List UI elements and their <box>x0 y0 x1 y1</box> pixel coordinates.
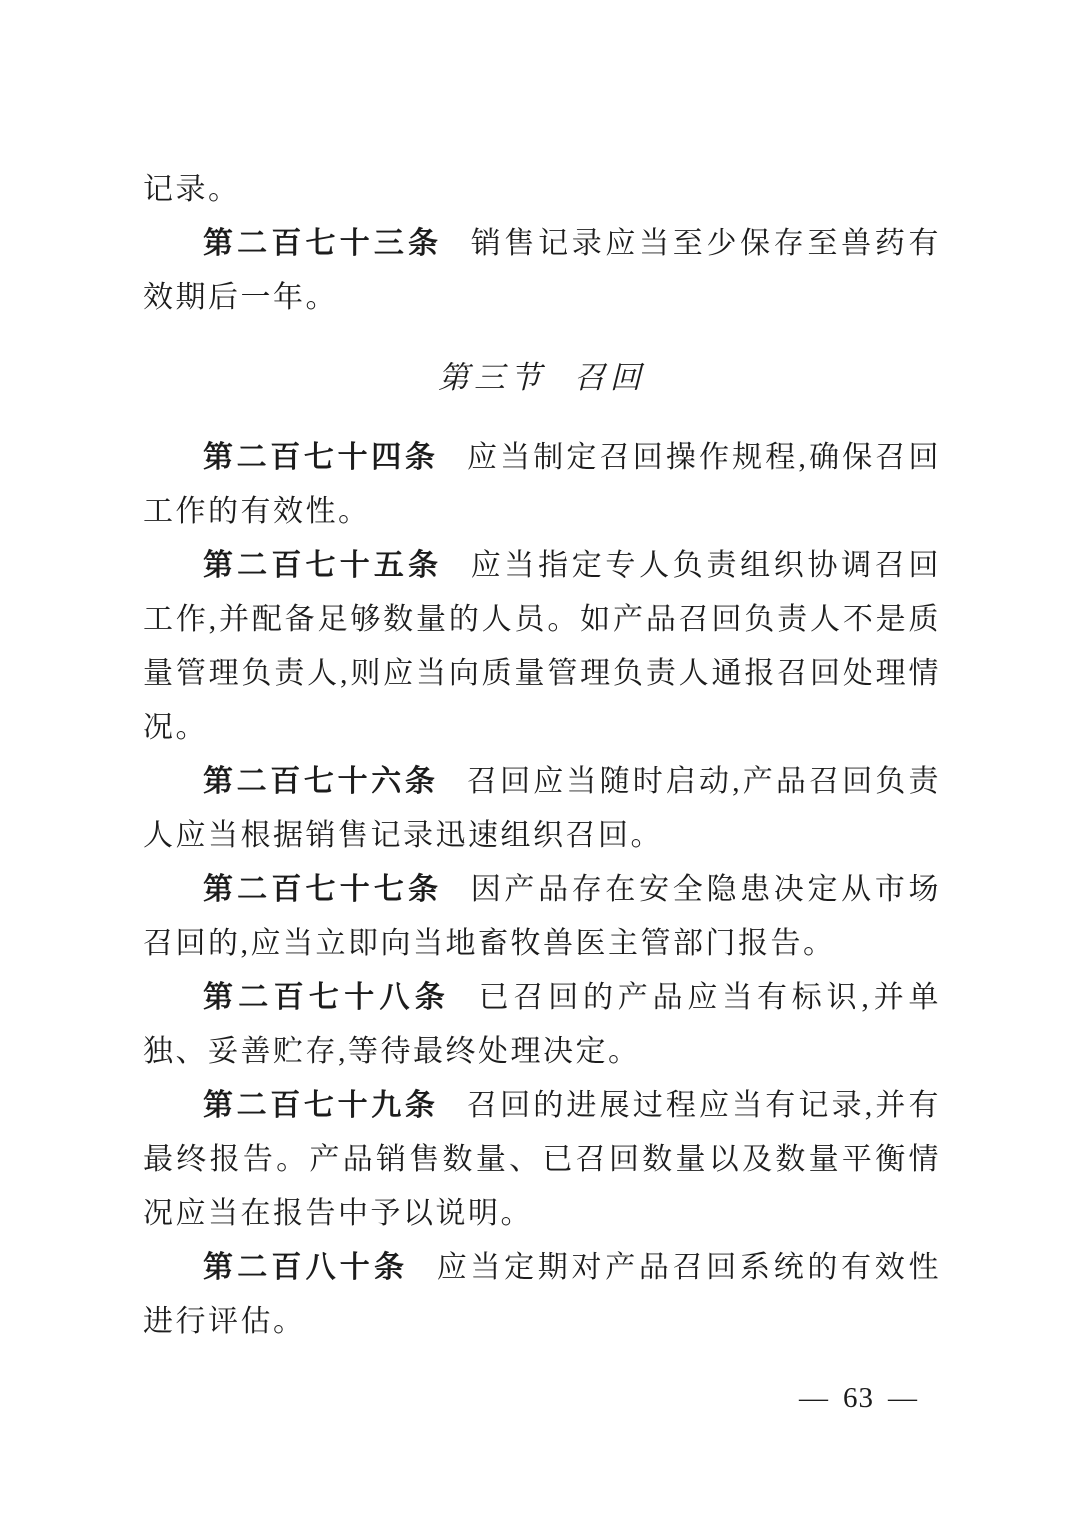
article-276-number: 第二百七十六条 <box>203 765 439 798</box>
section-title: 召回 <box>574 360 646 395</box>
continuation-text: 记录。 <box>143 173 241 206</box>
article-273-number: 第二百七十三条 <box>203 227 442 260</box>
article-275: 第二百七十五条应当指定专人负责组织协调召回工作,并配备足够数量的人员。如产品召回… <box>143 539 941 755</box>
section-label: 第三节 <box>438 360 546 395</box>
document-body: 记录。 第二百七十三条销售记录应当至少保存至兽药有效期后一年。 第三节召回 第二… <box>143 163 941 1349</box>
footer-right-dash: — <box>888 1382 918 1414</box>
article-276: 第二百七十六条召回应当随时启动,产品召回负责人应当根据销售记录迅速组织召回。 <box>143 755 941 863</box>
page-number: 63 <box>843 1382 874 1414</box>
article-277: 第二百七十七条因产品存在安全隐患决定从市场召回的,应当立即向当地畜牧兽医主管部门… <box>143 863 941 971</box>
article-274-number: 第二百七十四条 <box>203 441 439 474</box>
article-275-number: 第二百七十五条 <box>203 549 442 582</box>
article-273: 第二百七十三条销售记录应当至少保存至兽药有效期后一年。 <box>143 217 941 325</box>
footer-left-dash: — <box>799 1382 829 1414</box>
paragraph-continuation: 记录。 <box>143 163 941 217</box>
article-274: 第二百七十四条应当制定召回操作规程,确保召回工作的有效性。 <box>143 431 941 539</box>
article-278-number: 第二百七十八条 <box>203 981 450 1014</box>
page-number-footer: —63— <box>785 1382 932 1415</box>
article-278: 第二百七十八条已召回的产品应当有标识,并单独、妥善贮存,等待最终处理决定。 <box>143 971 941 1079</box>
article-279: 第二百七十九条召回的进展过程应当有记录,并有最终报告。产品销售数量、已召回数量以… <box>143 1079 941 1241</box>
article-280-number: 第二百八十条 <box>203 1251 408 1284</box>
section-heading: 第三节召回 <box>143 351 941 405</box>
document-page: 记录。 第二百七十三条销售记录应当至少保存至兽药有效期后一年。 第三节召回 第二… <box>0 0 1080 1527</box>
article-279-number: 第二百七十九条 <box>203 1089 439 1122</box>
article-280: 第二百八十条应当定期对产品召回系统的有效性进行评估。 <box>143 1241 941 1349</box>
article-277-number: 第二百七十七条 <box>203 873 442 906</box>
